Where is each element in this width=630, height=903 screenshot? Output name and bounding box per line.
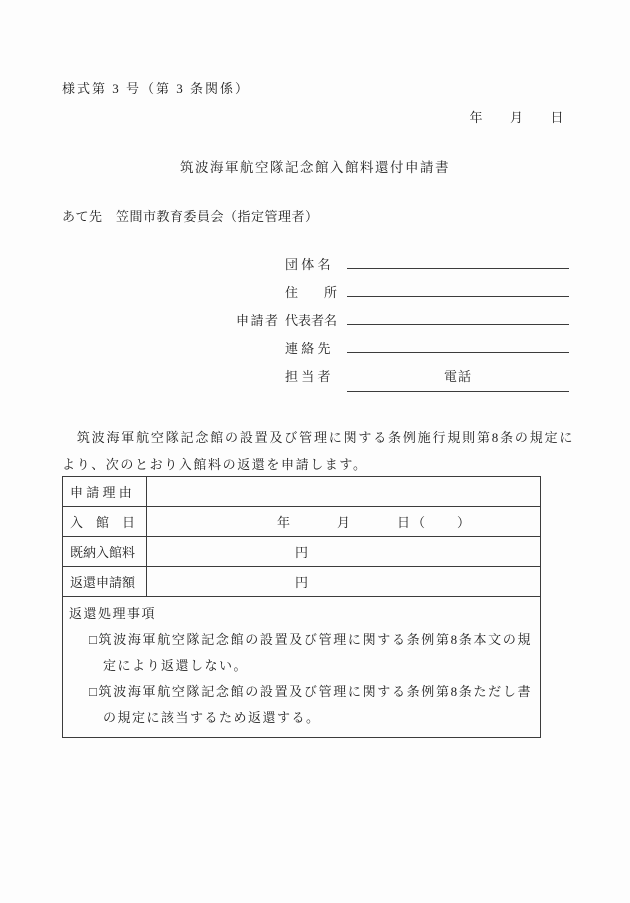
applicant-group-label: 申請者 [236,307,285,335]
staff-and-phone-input-line[interactable]: 電話 [347,363,569,392]
address-label: 住 所 [285,279,347,307]
option-no-refund: □筑波海軍航空隊記念館の設置及び管理に関する条例第8条本文の規定により返還しない… [69,627,532,679]
refund-amount-label: 返還申請額 [63,567,147,597]
contact-input-line[interactable] [347,352,569,353]
paid-fee-value-cell[interactable]: 円 [147,537,541,567]
checkbox-refund[interactable]: □ [89,684,99,699]
addressee-line: あて先 笠間市教育委員会（指定管理者） [62,206,319,225]
page-title: 筑波海軍航空隊記念館入館料還付申請書 [0,156,630,176]
representative-input-line[interactable] [347,324,569,325]
applicant-block: 団 体 名 住 所 申請者代表者名 連 絡 先 担 当 者電話 [236,251,569,391]
form-code: 様式第 3 号（第 3 条関係） [62,78,250,97]
option-no-refund-text: 筑波海軍航空隊記念館の設置及び管理に関する条例第8条本文の規定により返還しない。 [99,632,532,673]
phone-label: 電話 [444,369,472,384]
table-row-processing: 返還処理事項 □筑波海軍航空隊記念館の設置及び管理に関する条例第8条本文の規定に… [63,597,541,738]
group-name-row: 団 体 名 [236,251,569,279]
checkbox-no-refund[interactable]: □ [89,632,99,647]
group-name-input-line[interactable] [347,268,569,269]
representative-label: 代表者名 [285,307,347,335]
group-name-label: 団 体 名 [285,251,347,279]
address-row: 住 所 [236,279,569,307]
processing-cell: 返還処理事項 □筑波海軍航空隊記念館の設置及び管理に関する条例第8条本文の規定に… [63,597,541,738]
staff-row: 担 当 者電話 [236,363,569,391]
contact-row: 連 絡 先 [236,335,569,363]
body-paragraph: 筑波海軍航空隊記念館の設置及び管理に関する条例施行規則第8条の規定により、次のと… [62,424,574,478]
visit-date-label: 入 館 日 [63,507,147,537]
representative-row: 申請者代表者名 [236,307,569,335]
option-refund: □筑波海軍航空隊記念館の設置及び管理に関する条例第8条ただし書の規定に該当するた… [69,679,532,731]
refund-amount-value-cell[interactable]: 円 [147,567,541,597]
staff-label: 担 当 者 [285,363,347,391]
reason-label: 申 請 理 由 [63,477,147,507]
option-refund-text: 筑波海軍航空隊記念館の設置及び管理に関する条例第8条ただし書の規定に該当するため… [99,684,532,725]
refund-table: 申 請 理 由 入 館 日 年 月 日（ ） 既納入館料 円 返還申請額 円 返… [62,476,541,738]
reason-value-cell[interactable] [147,477,541,507]
table-row-visit-date: 入 館 日 年 月 日（ ） [63,507,541,537]
processing-label: 返還処理事項 [69,601,532,627]
document-page: 様式第 3 号（第 3 条関係） 年 月 日 筑波海軍航空隊記念館入館料還付申請… [0,0,630,903]
address-input-line[interactable] [347,296,569,297]
table-row-refund-amount: 返還申請額 円 [63,567,541,597]
contact-label: 連 絡 先 [285,335,347,363]
date-line: 年 月 日 [469,107,564,126]
visit-date-value-cell[interactable]: 年 月 日（ ） [147,507,541,537]
table-row-paid-fee: 既納入館料 円 [63,537,541,567]
paid-fee-label: 既納入館料 [63,537,147,567]
table-row-reason: 申 請 理 由 [63,477,541,507]
